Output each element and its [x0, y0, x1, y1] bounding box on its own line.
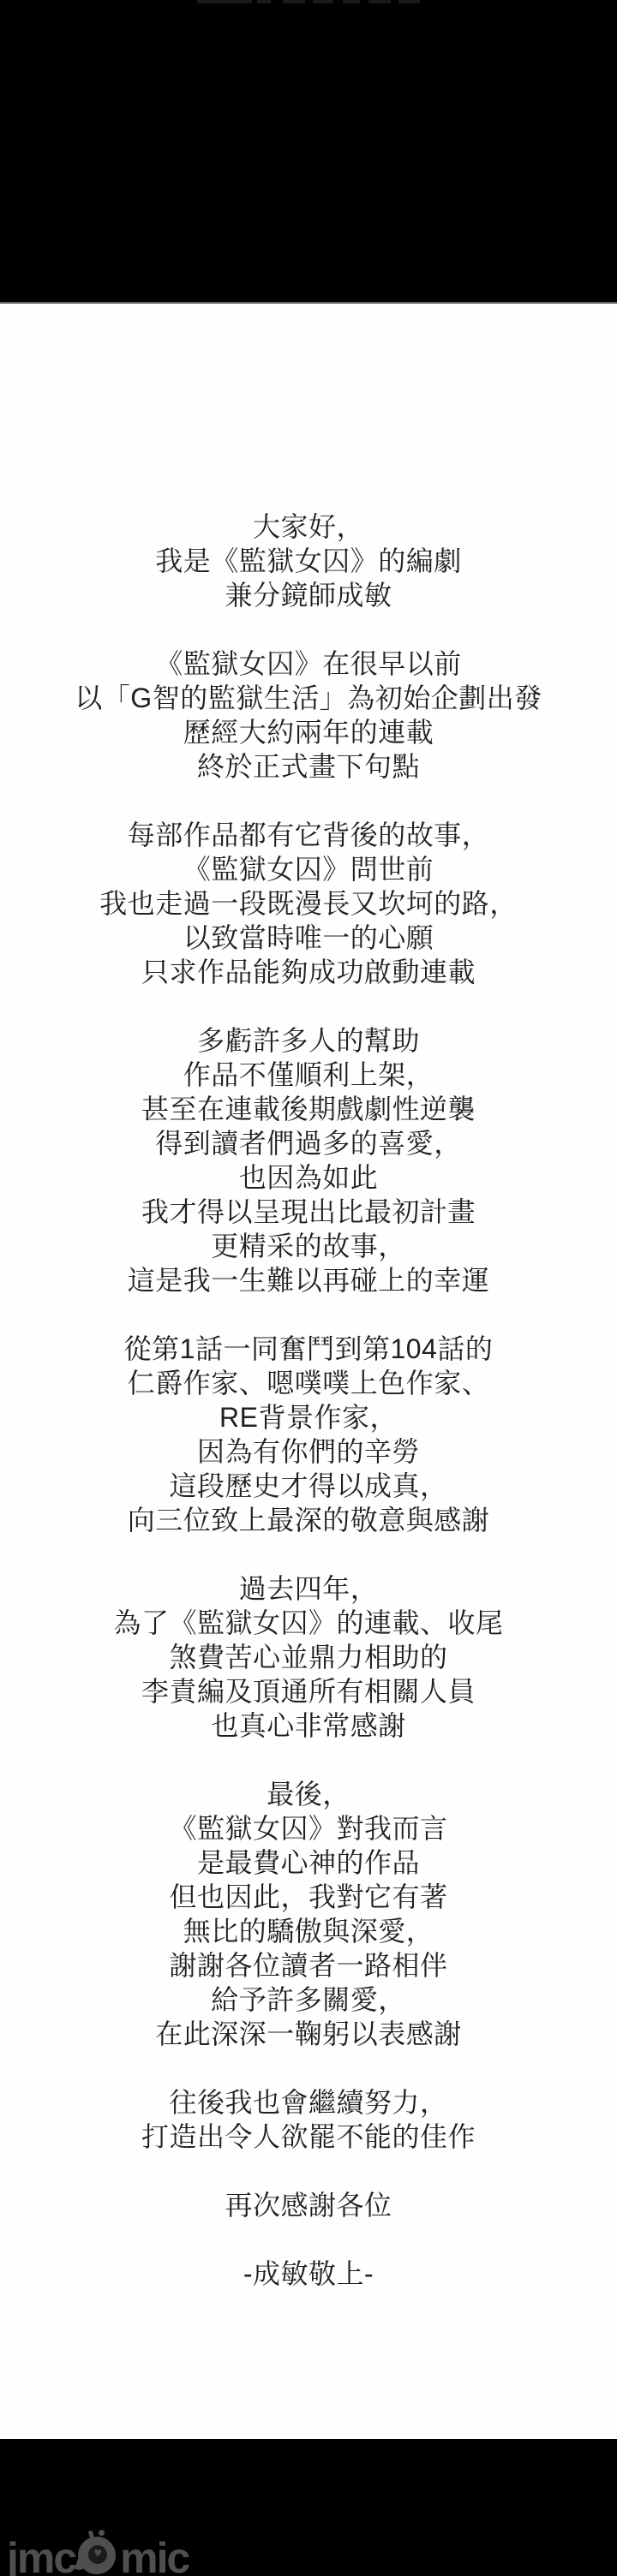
- text-line: 打造出令人欲罷不能的佳作: [0, 2120, 617, 2154]
- text-line: 歷經大約兩年的連載: [0, 715, 617, 749]
- text-line: 最後，: [0, 1777, 617, 1811]
- text-line: 仁爵作家、嗯噗噗上色作家、: [0, 1366, 617, 1400]
- text-line: 無比的驕傲與深愛，: [0, 1914, 617, 1948]
- text-line: 煞費苦心並鼎力相助的: [0, 1640, 617, 1674]
- paragraph: 每部作品都有它背後的故事，《監獄女囚》問世前我也走過一段既漫長又坎坷的路，以致當…: [0, 818, 617, 989]
- text-line: 只求作品能夠成功啟動連載: [0, 955, 617, 989]
- text-line: 《監獄女囚》在很早以前: [0, 647, 617, 681]
- text-line: 大家好，: [0, 510, 617, 544]
- paragraph: 從第1話一同奮鬥到第104話的仁爵作家、嗯噗噗上色作家、RE背景作家，因為有你們…: [0, 1332, 617, 1537]
- text-line: 過去四年，: [0, 1571, 617, 1606]
- afterword-text: 大家好，我是《監獄女囚》的編劇兼分鏡師成敏《監獄女囚》在很早以前以「G智的監獄生…: [0, 304, 617, 2291]
- text-line: 是最費心神的作品: [0, 1846, 617, 1880]
- paragraph: -成敏敬上-: [0, 2257, 617, 2291]
- text-line: 但也因此，我對它有著: [0, 1880, 617, 1914]
- text-line: 更精采的故事，: [0, 1229, 617, 1263]
- top-cutoff-text-artifact: [0, 0, 617, 5]
- text-line: 以致當時唯一的心願: [0, 921, 617, 955]
- comic-afterword-page: 大家好，我是《監獄女囚》的編劇兼分鏡師成敏《監獄女囚》在很早以前以「G智的監獄生…: [0, 0, 617, 2576]
- text-line: 從第1話一同奮鬥到第104話的: [0, 1332, 617, 1366]
- text-line: 這是我一生難以再碰上的幸運: [0, 1263, 617, 1297]
- text-line: 向三位致上最深的敬意與感謝: [0, 1503, 617, 1537]
- text-line: 在此深深一鞠躬以表感謝: [0, 2017, 617, 2051]
- paragraph: 多虧許多人的幫助作品不僅順利上架，甚至在連載後期戲劇性逆襲得到讀者們過多的喜愛，…: [0, 1023, 617, 1297]
- text-line: 因為有你們的辛勞: [0, 1434, 617, 1469]
- text-line: 每部作品都有它背後的故事，: [0, 818, 617, 852]
- paragraph: 《監獄女囚》在很早以前以「G智的監獄生活」為初始企劃出發歷經大約兩年的連載終於正…: [0, 647, 617, 784]
- text-line: 再次感謝各位: [0, 2188, 617, 2222]
- text-line: 謝謝各位讀者一路相伴: [0, 1948, 617, 1983]
- paragraph: 大家好，我是《監獄女囚》的編劇兼分鏡師成敏: [0, 510, 617, 612]
- mascot-icon: ♥: [76, 2530, 119, 2574]
- paragraph: 最後，《監獄女囚》對我而言是最費心神的作品但也因此，我對它有著無比的驕傲與深愛，…: [0, 1777, 617, 2051]
- text-line: 終於正式畫下句點: [0, 749, 617, 784]
- text-line: 我是《監獄女囚》的編劇: [0, 544, 617, 578]
- watermark-text-suffix: mic: [120, 2538, 189, 2576]
- bottom-black-band: jmc ♥ mic: [0, 2439, 617, 2576]
- paragraph: 過去四年，為了《監獄女囚》的連載、收尾煞費苦心並鼎力相助的李責編及頂通所有相關人…: [0, 1571, 617, 1743]
- text-line: 《監獄女囚》對我而言: [0, 1811, 617, 1846]
- watermark-text-prefix: jmc: [7, 2538, 75, 2576]
- text-line: 這段歷史才得以成真，: [0, 1469, 617, 1503]
- text-line: RE背景作家，: [0, 1400, 617, 1434]
- text-line: 《監獄女囚》問世前: [0, 852, 617, 886]
- text-line: 我也走過一段既漫長又坎坷的路，: [0, 886, 617, 921]
- heart-icon: ♥: [91, 2546, 105, 2561]
- text-line: 也因為如此: [0, 1160, 617, 1195]
- text-line: 我才得以呈現出比最初計畫: [0, 1195, 617, 1229]
- text-line: 得到讀者們過多的喜愛，: [0, 1126, 617, 1160]
- text-line: 多虧許多人的幫助: [0, 1023, 617, 1058]
- text-line: 甚至在連載後期戲劇性逆襲: [0, 1092, 617, 1126]
- text-line: 以「G智的監獄生活」為初始企劃出發: [0, 681, 617, 715]
- text-line: 往後我也會繼續努力，: [0, 2085, 617, 2120]
- text-line: 給予許多關愛，: [0, 1983, 617, 2017]
- jmcomic-watermark-logo: jmc ♥ mic: [7, 2530, 189, 2574]
- page-body: 大家好，我是《監獄女囚》的編劇兼分鏡師成敏《監獄女囚》在很早以前以「G智的監獄生…: [0, 304, 617, 2439]
- text-line: 也真心非常感謝: [0, 1708, 617, 1743]
- text-line: 兼分鏡師成敏: [0, 578, 617, 612]
- text-line: 作品不僅順利上架，: [0, 1058, 617, 1092]
- text-line: -成敏敬上-: [0, 2257, 617, 2291]
- paragraph: 再次感謝各位: [0, 2188, 617, 2222]
- text-line: 為了《監獄女囚》的連載、收尾: [0, 1606, 617, 1640]
- text-line: 李責編及頂通所有相關人員: [0, 1674, 617, 1708]
- top-black-band: [0, 0, 617, 302]
- paragraph: 往後我也會繼續努力，打造出令人欲罷不能的佳作: [0, 2085, 617, 2154]
